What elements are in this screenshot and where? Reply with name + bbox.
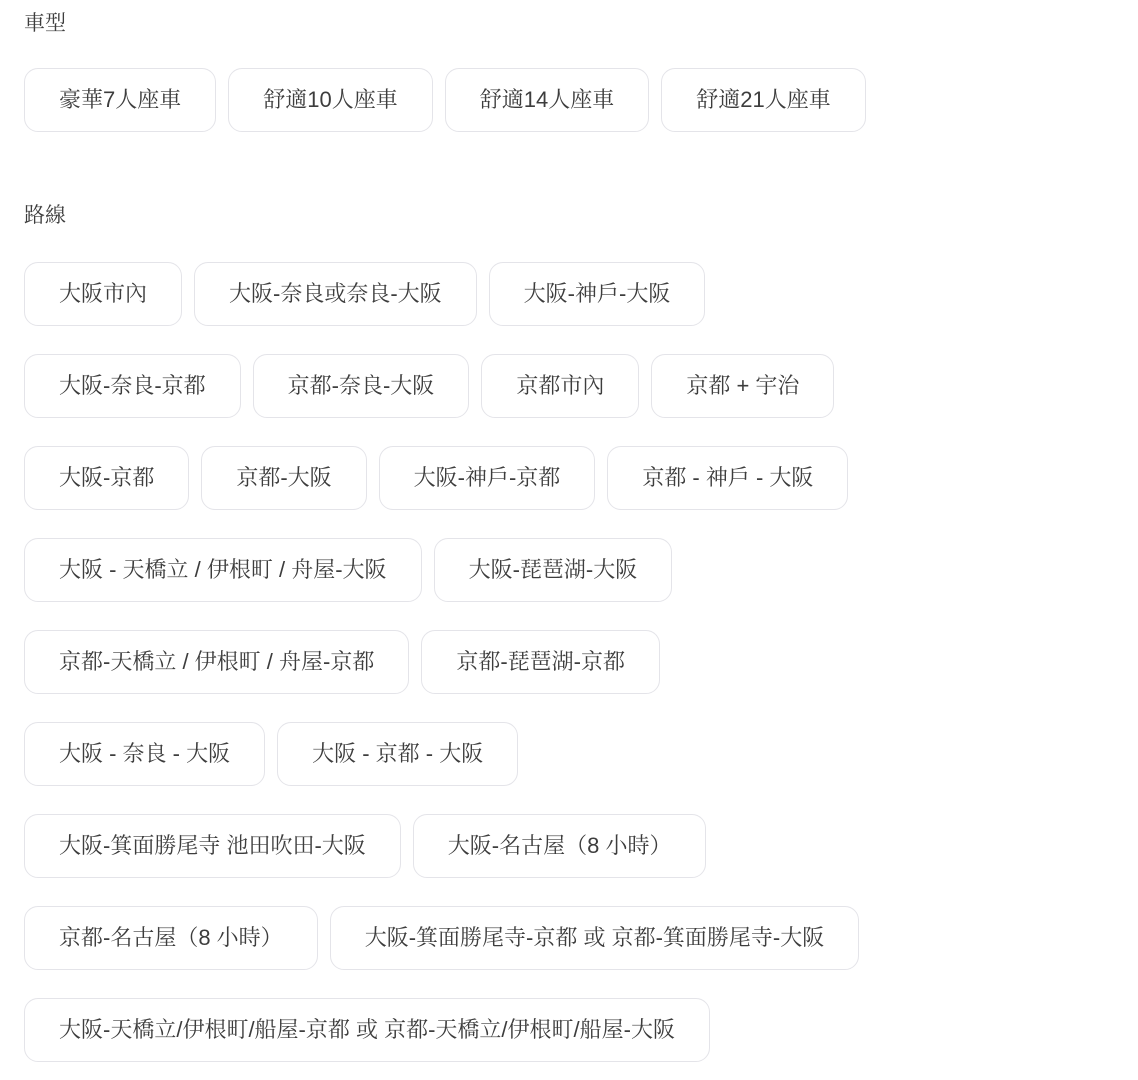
vehicle-type-chip-0-2[interactable]: 舒適14人座車 <box>445 68 649 132</box>
route-row-0: 大阪市內大阪-奈良或奈良-大阪大阪-神戶-大阪 <box>24 262 1114 326</box>
route-chip-0-1[interactable]: 大阪-奈良或奈良-大阪 <box>194 262 477 326</box>
route-row-7: 京都-名古屋（8 小時）大阪-箕面勝尾寺-京都 或 京都-箕面勝尾寺-大阪 <box>24 906 1114 970</box>
route-row-6: 大阪-箕面勝尾寺 池田吹田-大阪大阪-名古屋（8 小時） <box>24 814 1114 878</box>
route-chip-6-1[interactable]: 大阪-名古屋（8 小時） <box>413 814 707 878</box>
route-chip-2-3[interactable]: 京都 - 神戶 - 大阪 <box>607 446 848 510</box>
route-section-label: 路線 <box>24 204 1114 228</box>
route-chip-3-1[interactable]: 大阪-琵琶湖-大阪 <box>434 538 673 602</box>
route-row-4: 京都-天橋立 / 伊根町 / 舟屋-京都京都-琵琶湖-京都 <box>24 630 1114 694</box>
route-chip-5-0[interactable]: 大阪 - 奈良 - 大阪 <box>24 722 265 786</box>
vehicle-type-section-label: 車型 <box>24 12 1114 36</box>
route-chip-1-0[interactable]: 大阪-奈良-京都 <box>24 354 241 418</box>
route-chip-6-0[interactable]: 大阪-箕面勝尾寺 池田吹田-大阪 <box>24 814 401 878</box>
route-row-1: 大阪-奈良-京都京都-奈良-大阪京都市內京都 + 宇治 <box>24 354 1114 418</box>
route-chip-4-1[interactable]: 京都-琵琶湖-京都 <box>421 630 660 694</box>
route-chip-7-1[interactable]: 大阪-箕面勝尾寺-京都 或 京都-箕面勝尾寺-大阪 <box>330 906 860 970</box>
route-chip-0-2[interactable]: 大阪-神戶-大阪 <box>489 262 706 326</box>
route-options: 大阪市內大阪-奈良或奈良-大阪大阪-神戶-大阪大阪-奈良-京都京都-奈良-大阪京… <box>24 262 1114 1062</box>
route-chip-2-2[interactable]: 大阪-神戶-京都 <box>379 446 596 510</box>
route-chip-1-2[interactable]: 京都市內 <box>481 354 639 418</box>
route-chip-8-0[interactable]: 大阪-天橋立/伊根町/船屋-京都 或 京都-天橋立/伊根町/船屋-大阪 <box>24 998 710 1062</box>
route-chip-4-0[interactable]: 京都-天橋立 / 伊根町 / 舟屋-京都 <box>24 630 409 694</box>
vehicle-type-chip-0-3[interactable]: 舒適21人座車 <box>661 68 865 132</box>
route-chip-3-0[interactable]: 大阪 - 天橋立 / 伊根町 / 舟屋-大阪 <box>24 538 422 602</box>
route-chip-2-1[interactable]: 京都-大阪 <box>201 446 366 510</box>
vehicle-type-chip-0-1[interactable]: 舒適10人座車 <box>228 68 432 132</box>
route-chip-1-3[interactable]: 京都 + 宇治 <box>651 354 834 418</box>
route-row-2: 大阪-京都京都-大阪大阪-神戶-京都京都 - 神戶 - 大阪 <box>24 446 1114 510</box>
route-row-3: 大阪 - 天橋立 / 伊根町 / 舟屋-大阪大阪-琵琶湖-大阪 <box>24 538 1114 602</box>
route-chip-7-0[interactable]: 京都-名古屋（8 小時） <box>24 906 318 970</box>
vehicle-type-row-0: 豪華7人座車舒適10人座車舒適14人座車舒適21人座車 <box>24 68 1114 132</box>
filters-panel: 車型 豪華7人座車舒適10人座車舒適14人座車舒適21人座車 路線 大阪市內大阪… <box>0 0 1138 1062</box>
route-chip-5-1[interactable]: 大阪 - 京都 - 大阪 <box>277 722 518 786</box>
route-chip-2-0[interactable]: 大阪-京都 <box>24 446 189 510</box>
route-row-8: 大阪-天橋立/伊根町/船屋-京都 或 京都-天橋立/伊根町/船屋-大阪 <box>24 998 1114 1062</box>
route-chip-1-1[interactable]: 京都-奈良-大阪 <box>253 354 470 418</box>
route-row-5: 大阪 - 奈良 - 大阪大阪 - 京都 - 大阪 <box>24 722 1114 786</box>
vehicle-type-options: 豪華7人座車舒適10人座車舒適14人座車舒適21人座車 <box>24 68 1114 132</box>
route-chip-0-0[interactable]: 大阪市內 <box>24 262 182 326</box>
vehicle-type-chip-0-0[interactable]: 豪華7人座車 <box>24 68 216 132</box>
